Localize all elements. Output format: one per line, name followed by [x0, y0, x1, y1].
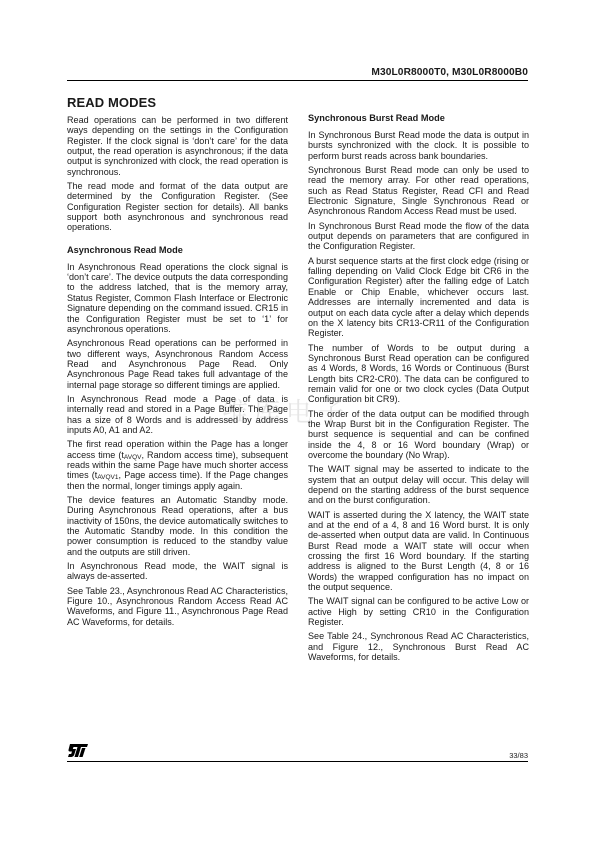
sync-paragraph-6: The order of the data output can be modi…	[308, 409, 529, 461]
async-paragraph-1: In Asynchronous Read operations the cloc…	[67, 262, 288, 334]
async-paragraph-4: The first read operation within the Page…	[67, 439, 288, 491]
sync-paragraph-2: Synchronous Burst Read mode can only be …	[308, 165, 529, 217]
sync-paragraph-3: In Synchronous Burst Read mode the flow …	[308, 221, 529, 252]
sync-paragraph-1: In Synchronous Burst Read mode the data …	[308, 130, 529, 161]
footer-rule	[67, 761, 528, 762]
async-paragraph-6: In Asynchronous Read mode, the WAIT sign…	[67, 561, 288, 582]
sync-burst-read-mode-title: Synchronous Burst Read Mode	[308, 113, 529, 124]
async-paragraph-3: In Asynchronous Read mode a Page of data…	[67, 394, 288, 435]
async-read-mode-title: Asynchronous Read Mode	[67, 245, 288, 256]
page-number: 33/83	[509, 751, 528, 760]
st-logo-icon	[68, 744, 89, 757]
intro-paragraph-2: The read mode and format of the data out…	[67, 181, 288, 233]
async-paragraph-2: Asynchronous Read operations can be perf…	[67, 338, 288, 390]
sync-paragraph-9: The WAIT signal can be configured to be …	[308, 596, 529, 627]
sync-paragraph-8: WAIT is asserted during the X latency, t…	[308, 510, 529, 593]
right-column: Synchronous Burst Read Mode In Synchrono…	[308, 113, 529, 667]
sync-paragraph-4: A burst sequence starts at the first clo…	[308, 256, 529, 339]
section-title: READ MODES	[67, 96, 288, 110]
header-rule	[67, 80, 528, 81]
intro-paragraph-1: Read operations can be performed in two …	[67, 115, 288, 177]
async-paragraph-7: See Table 23., Asynchronous Read AC Char…	[67, 586, 288, 627]
async-paragraph-5: The device features an Automatic Standby…	[67, 495, 288, 557]
document-header-title: M30L0R8000T0, M30L0R8000B0	[371, 67, 528, 78]
sync-paragraph-7: The WAIT signal may be asserted to indic…	[308, 464, 529, 505]
left-column: READ MODES Read operations can be perfor…	[67, 96, 288, 631]
sync-paragraph-5: The number of Words to be output during …	[308, 343, 529, 405]
sync-paragraph-10: See Table 24., Synchronous Read AC Chara…	[308, 631, 529, 662]
